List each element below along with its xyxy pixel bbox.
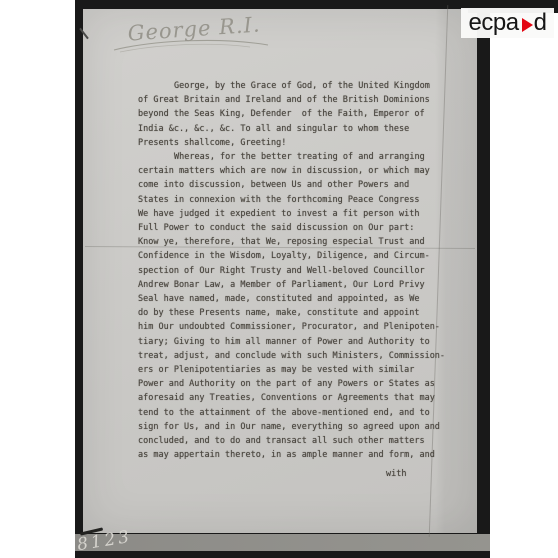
typed-line: Whereas, for the better treating of and …: [138, 150, 452, 164]
typed-line: tend to the attainment of the above-ment…: [138, 406, 452, 420]
document-paper: George, by the Grace of God, of the Unit…: [83, 9, 477, 533]
typed-line: tiary; Giving to him all manner of Power…: [138, 335, 452, 349]
typed-line: sign for Us, and in Our name, everything…: [138, 420, 452, 434]
typed-line: spection of Our Right Trusty and Well-be…: [138, 264, 452, 278]
pencil-tick-mark: [79, 28, 89, 39]
typed-line: ers or Plenipotentiaries as may be veste…: [138, 363, 452, 377]
typed-line: him Our undoubted Commissioner, Procurat…: [138, 320, 452, 334]
catchword: with: [138, 467, 452, 481]
typed-line: aforesaid any Treaties, Conventions or A…: [138, 391, 452, 405]
ecpad-watermark-text-right: d: [534, 9, 547, 37]
typed-line: Know ye, therefore, that We, reposing es…: [138, 235, 452, 249]
ecpad-watermark: ecpa d: [461, 8, 554, 38]
typed-line: Full Power to conduct the said discussio…: [138, 221, 452, 235]
typed-lines: George, by the Grace of God, of the Unit…: [138, 79, 452, 462]
typed-line: We have judged it expedient to invest a …: [138, 207, 452, 221]
typed-line: certain matters which are now in discuss…: [138, 164, 452, 178]
typed-text-block: George, by the Grace of God, of the Unit…: [138, 79, 452, 482]
typed-line: Andrew Bonar Law, a Member of Parliament…: [138, 278, 452, 292]
signature-text: George R.I.: [127, 12, 261, 45]
typed-line: Confidence in the Wisdom, Loyalty, Dilig…: [138, 249, 452, 263]
typed-line: George, by the Grace of God, of the Unit…: [138, 79, 452, 93]
photograph: George, by the Grace of God, of the Unit…: [75, 0, 490, 558]
typed-line: Seal have named, made, constituted and a…: [138, 292, 452, 306]
red-play-triangle-icon: [522, 18, 533, 32]
typed-line: beyond the Seas King, Defender of the Fa…: [138, 107, 452, 121]
ecpad-watermark-text-left: ecpa: [469, 9, 519, 37]
typed-line: concluded, and to do and transact all su…: [138, 434, 452, 448]
typed-line: Power and Authority on the part of any P…: [138, 377, 452, 391]
typed-line: do by these Presents name, make, constit…: [138, 306, 452, 320]
scanned-photo-page: George, by the Grace of God, of the Unit…: [0, 0, 558, 558]
typed-line: India &c., &c., &c. To all and singular …: [138, 122, 452, 136]
typed-line: treat, adjust, and conclude with such Mi…: [138, 349, 452, 363]
typed-line: come into discussion, between Us and oth…: [138, 178, 452, 192]
typed-line: Presents shallcome, Greeting!: [138, 136, 452, 150]
typed-line: States in connexion with the forthcoming…: [138, 193, 452, 207]
royal-signature: George R.I.: [100, 4, 285, 56]
typed-line: of Great Britain and Ireland and of the …: [138, 93, 452, 107]
typed-line: as may appertain thereto, in as ample ma…: [138, 448, 452, 462]
